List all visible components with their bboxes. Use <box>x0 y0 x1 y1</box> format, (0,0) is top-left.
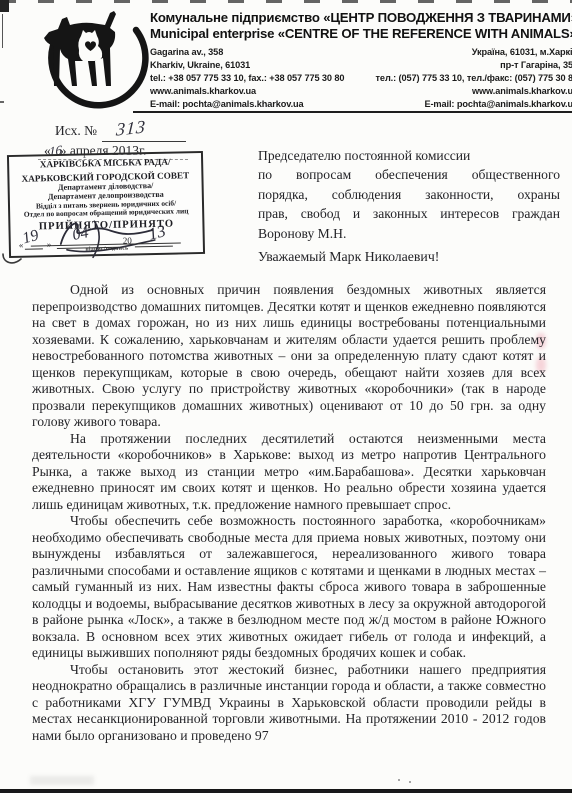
handwritten-outgoing-number: 313 <box>115 116 146 140</box>
scan-bottom-edge-artifact <box>0 789 572 793</box>
addressee-name: Воронову М.Н. <box>258 224 560 243</box>
scan-left-line-artifact <box>2 14 3 48</box>
letter-body: Одной из основных причин появления бездо… <box>32 282 546 744</box>
body-paragraph: Одной из основных причин появления бездо… <box>32 282 546 431</box>
body-paragraph: На протяжении последних десятилетий оста… <box>32 431 546 514</box>
email-line: E-mail: pochta@animals.kharkov.ua <box>150 98 344 111</box>
stamp-council-uk: ХАРКІВСЬКА МІСЬКА РАДА/ <box>9 156 201 171</box>
addressee-block: Председателю постоянной комиссии по вопр… <box>258 146 560 243</box>
email-line: E-mail: pochta@animals.kharkov.ua <box>336 98 572 111</box>
outgoing-number-label: Исх. № <box>55 123 97 139</box>
salutation: Уважаемый Марк Николаевич! <box>258 249 439 265</box>
body-paragraph: Чтобы остановить этот жестокий бизнес, р… <box>32 662 546 745</box>
website-line: www.animals.kharkov.ua <box>336 85 572 98</box>
handwritten-signature <box>54 212 171 260</box>
address-line: пр-т Гагаріна, 358 <box>336 59 572 72</box>
org-name-english: Municipal enterprise «CENTRE OF THE REFE… <box>150 26 572 42</box>
scan-speck <box>409 781 411 783</box>
registration-stamp: ХАРКІВСЬКА МІСЬКА РАДА/ ХАРЬКОВСКИЙ ГОРО… <box>7 151 205 258</box>
addressee-line: по вопросам обеспечения общественного <box>258 165 560 184</box>
addressee-line: прав, свобод и законных интересов гражда… <box>258 204 560 223</box>
phone-line: tel.: +38 057 775 33 10, fax.: +38 057 7… <box>150 72 344 85</box>
scan-left-tick-artifact <box>0 101 4 103</box>
ghost-text-smudge <box>30 776 94 785</box>
scan-speck <box>398 779 400 781</box>
body-paragraph: Чтобы обеспечить себе возможность постоя… <box>32 513 546 662</box>
org-name-ukrainian: Комунальне підприємство «ЦЕНТР ПОВОДЖЕНН… <box>150 10 572 26</box>
header-divider <box>133 111 572 113</box>
address-line: Kharkiv, Ukraine, 61031 <box>150 59 344 72</box>
scanned-letter-page: Комунальне підприємство «ЦЕНТР ПОВОДЖЕНН… <box>0 0 572 800</box>
address-line: Gagarina av., 358 <box>150 46 344 59</box>
phone-line: тел.: (057) 775 33 10, тел./факс: (057) … <box>336 72 572 85</box>
contact-block-right: Україна, 61031, м.Харків пр-т Гагаріна, … <box>336 46 572 111</box>
scan-corner-artifact <box>0 0 9 12</box>
outgoing-number-underline <box>102 141 186 142</box>
addressee-line: порядка, соблюдения законности, охраны <box>258 185 560 204</box>
addressee-line: Председателю постоянной комиссии <box>258 146 560 165</box>
org-logo-dog-cat-heart-icon <box>36 2 150 116</box>
contact-block-left: Gagarina av., 358 Kharkiv, Ukraine, 6103… <box>150 46 344 111</box>
website-line: www.animals.kharkov.ua <box>150 85 344 98</box>
address-line: Україна, 61031, м.Харків <box>336 46 572 59</box>
